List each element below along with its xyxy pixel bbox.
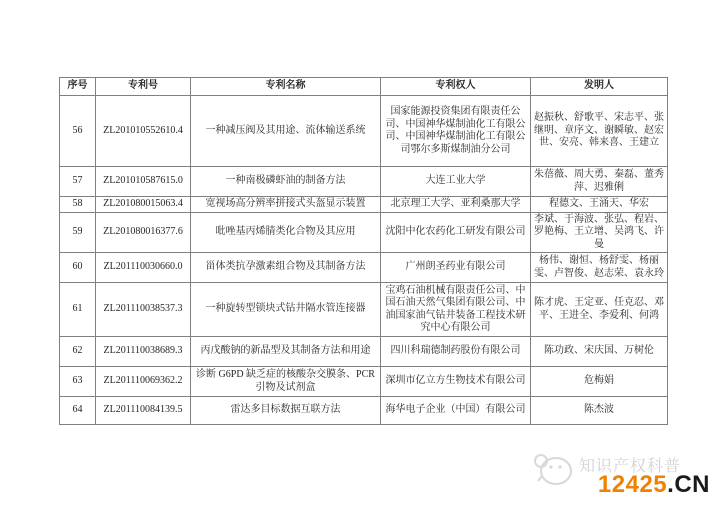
cell-patent-number: ZL201110038537.3 bbox=[96, 283, 191, 337]
cell-patent-name: 诊断 G6PD 缺乏症的核酸杂交膜条、PCR 引物及试剂盒 bbox=[191, 367, 381, 397]
cell-serial-number: 62 bbox=[60, 337, 96, 367]
header-inventors: 发明人 bbox=[531, 78, 668, 96]
cell-patent-name: 一种旋转型锁块式钻井隔水管连接器 bbox=[191, 283, 381, 337]
cell-patent-number: ZL201010587615.0 bbox=[96, 167, 191, 197]
cell-serial-number: 61 bbox=[60, 283, 96, 337]
cell-patent-number: ZL201080016377.6 bbox=[96, 212, 191, 253]
table-row: 61 ZL201110038537.3 一种旋转型锁块式钻井隔水管连接器 宝鸡石… bbox=[60, 283, 668, 337]
chat-bubble-face-icon bbox=[532, 449, 574, 494]
cell-serial-number: 59 bbox=[60, 212, 96, 253]
table-row: 57 ZL201010587615.0 一种南极磷虾油的制备方法 大连工业大学 … bbox=[60, 167, 668, 197]
cell-inventors: 李斌、于海波、张弘、程岩、罗艳梅、王立增、吴鸿飞、许曼 bbox=[531, 212, 668, 253]
cell-patentee: 国家能源投资集团有限责任公司、中国神华煤制油化工有限公司、中国神华煤制油化工有限… bbox=[381, 96, 531, 167]
cell-patent-number: ZL201110069362.2 bbox=[96, 367, 191, 397]
cell-patentee: 宝鸡石油机械有限责任公司、中国石油天然气集团有限公司、中油国家油气钻井装备工程技… bbox=[381, 283, 531, 337]
cell-patentee: 广州朗圣药业有限公司 bbox=[381, 253, 531, 283]
cell-patent-number: ZL201110030660.0 bbox=[96, 253, 191, 283]
cell-patent-name: 丙戊酸钠的新晶型及其制备方法和用途 bbox=[191, 337, 381, 367]
cell-serial-number: 58 bbox=[60, 197, 96, 213]
cell-patent-name: 吡唑基丙烯腈类化合物及其应用 bbox=[191, 212, 381, 253]
cell-inventors: 陈杰波 bbox=[531, 397, 668, 425]
header-patentee: 专利权人 bbox=[381, 78, 531, 96]
cell-inventors: 陈才虎、王定亚、任克忍、邓平、王进全、李爱利、何鸿 bbox=[531, 283, 668, 337]
table-row: 56 ZL201010552610.4 一种减压阀及其用途、流体输送系统 国家能… bbox=[60, 96, 668, 167]
table-row: 64 ZL201110084139.5 雷达多目标数据互联方法 海华电子企业（中… bbox=[60, 397, 668, 425]
cell-serial-number: 56 bbox=[60, 96, 96, 167]
table-row: 58 ZL201080015063.4 宽视场高分辨率拼接式头盔显示装置 北京理… bbox=[60, 197, 668, 213]
cell-patentee: 沈阳中化农药化工研发有限公司 bbox=[381, 212, 531, 253]
cell-serial-number: 63 bbox=[60, 367, 96, 397]
header-patent-number: 专利号 bbox=[96, 78, 191, 96]
cell-patent-number: ZL201080015063.4 bbox=[96, 197, 191, 213]
cell-serial-number: 64 bbox=[60, 397, 96, 425]
cell-patent-name: 甾体类抗孕激素组合物及其制备方法 bbox=[191, 253, 381, 283]
cell-inventors: 程德文、王涌天、华宏 bbox=[531, 197, 668, 213]
brand-url: 12425.CN bbox=[598, 473, 710, 497]
header-serial-number: 序号 bbox=[60, 78, 96, 96]
header-patent-name: 专利名称 bbox=[191, 78, 381, 96]
cell-patent-name: 一种南极磷虾油的制备方法 bbox=[191, 167, 381, 197]
table-row: 62 ZL201110038689.3 丙戊酸钠的新晶型及其制备方法和用途 四川… bbox=[60, 337, 668, 367]
cell-patentee: 四川科瑞德制药股份有限公司 bbox=[381, 337, 531, 367]
cell-inventors: 赵振秋、舒歌平、宋志平、张继明、章序文、谢瞬敏、赵宏世、安亮、韩来喜、王建立 bbox=[531, 96, 668, 167]
cell-patent-name: 雷达多目标数据互联方法 bbox=[191, 397, 381, 425]
cell-patentee: 深圳市亿立方生物技术有限公司 bbox=[381, 367, 531, 397]
cell-patent-number: ZL201110084139.5 bbox=[96, 397, 191, 425]
cell-patentee: 海华电子企业（中国）有限公司 bbox=[381, 397, 531, 425]
cell-patentee: 大连工业大学 bbox=[381, 167, 531, 197]
cell-patentee: 北京理工大学、亚利桑那大学 bbox=[381, 197, 531, 213]
cell-patent-number: ZL201110038689.3 bbox=[96, 337, 191, 367]
patent-table: 序号 专利号 专利名称 专利权人 发明人 56 ZL201010552610.4… bbox=[59, 77, 668, 425]
table-row: 59 ZL201080016377.6 吡唑基丙烯腈类化合物及其应用 沈阳中化农… bbox=[60, 212, 668, 253]
cell-serial-number: 60 bbox=[60, 253, 96, 283]
cell-inventors: 陈功政、宋庆国、万树伦 bbox=[531, 337, 668, 367]
cell-patent-name: 宽视场高分辨率拼接式头盔显示装置 bbox=[191, 197, 381, 213]
table-header-row: 序号 专利号 专利名称 专利权人 发明人 bbox=[60, 78, 668, 96]
table-row: 60 ZL201110030660.0 甾体类抗孕激素组合物及其制备方法 广州朗… bbox=[60, 253, 668, 283]
cell-inventors: 杨伟、谢恒、杨舒雯、杨丽雯、卢智俊、赵志荣、袁永玲 bbox=[531, 253, 668, 283]
cell-inventors: 朱蓓薇、周大勇、秦磊、董秀萍、迟雅俐 bbox=[531, 167, 668, 197]
brand-number: 12425 bbox=[598, 471, 667, 498]
cell-serial-number: 57 bbox=[60, 167, 96, 197]
cell-patent-name: 一种减压阀及其用途、流体输送系统 bbox=[191, 96, 381, 167]
cell-inventors: 危梅娟 bbox=[531, 367, 668, 397]
cell-patent-number: ZL201010552610.4 bbox=[96, 96, 191, 167]
table-row: 63 ZL201110069362.2 诊断 G6PD 缺乏症的核酸杂交膜条、P… bbox=[60, 367, 668, 397]
brand-suffix: .CN bbox=[667, 471, 710, 498]
footer-brand: 知识产权科普 12425.CN bbox=[532, 449, 710, 497]
patent-table-container: 序号 专利号 专利名称 专利权人 发明人 56 ZL201010552610.4… bbox=[59, 77, 667, 425]
